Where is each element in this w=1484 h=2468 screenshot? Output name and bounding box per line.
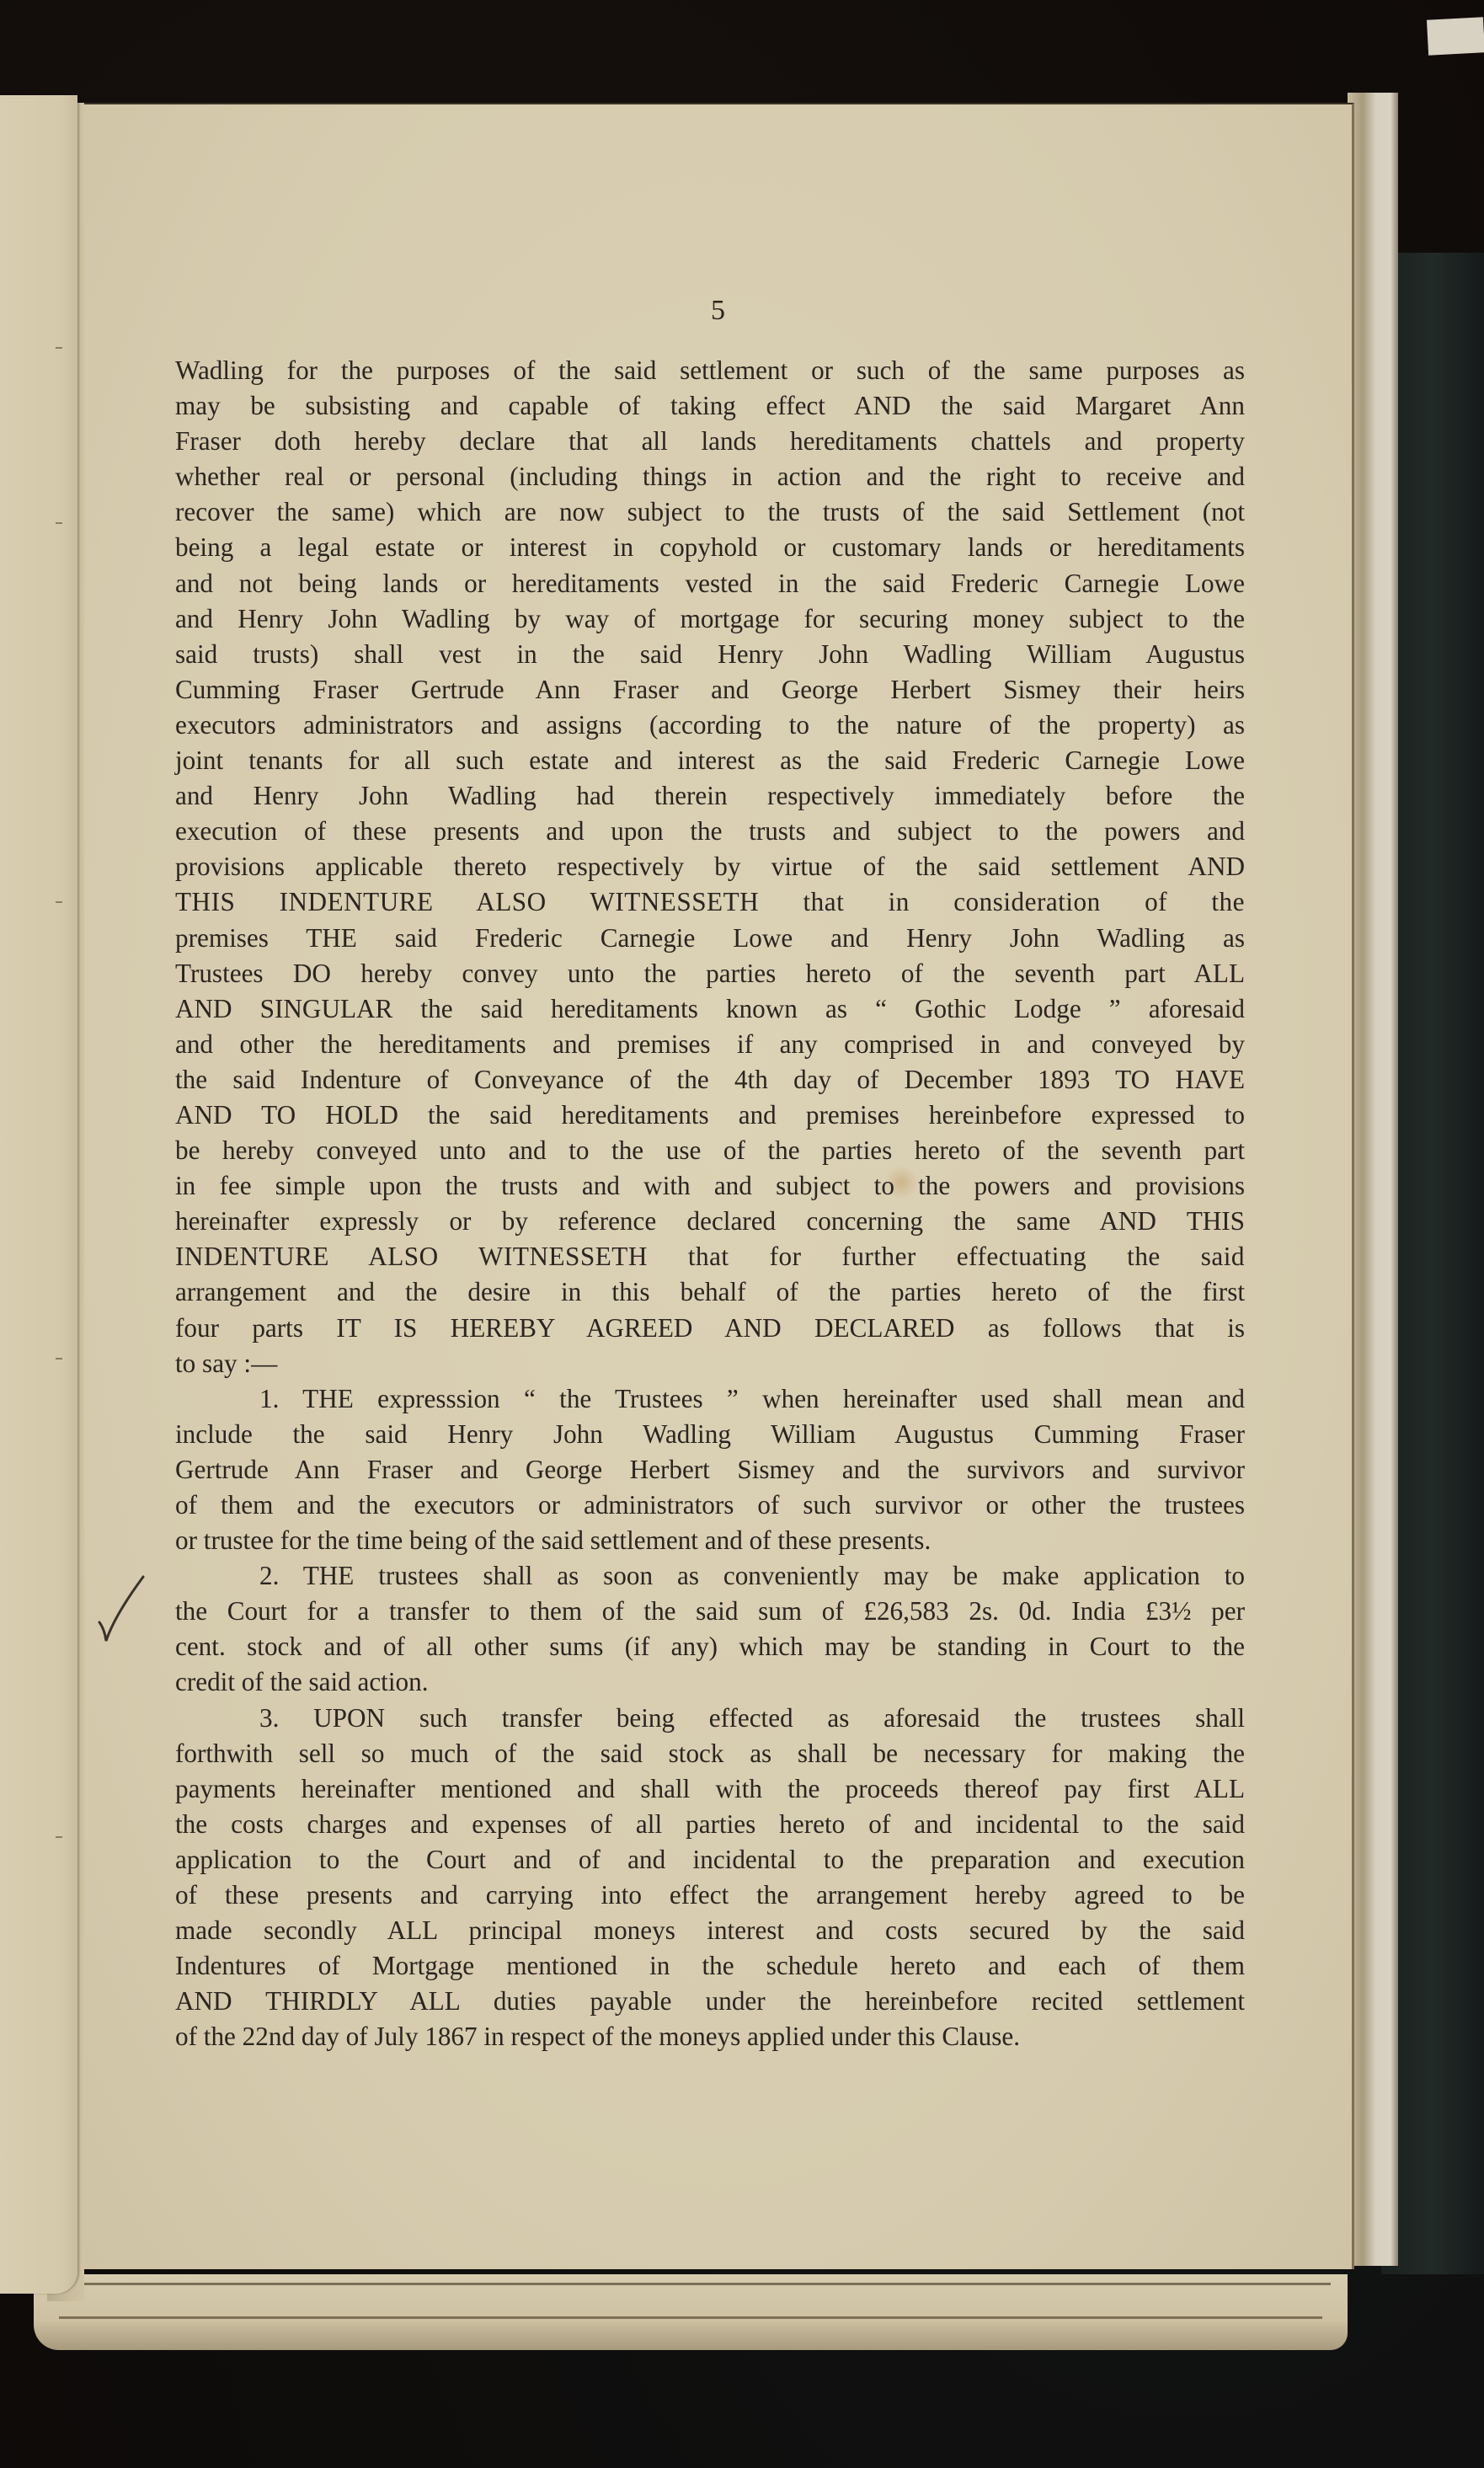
text-line: hereinafter expressly or by reference de… — [175, 1204, 1245, 1239]
text-line: Wadling for the purposes of the said set… — [175, 353, 1245, 388]
clause-line: forthwith sell so much of the said stock… — [175, 1736, 1245, 1771]
clause-line: 1. THE expresssion “ the Trustees ” when… — [175, 1381, 1245, 1417]
clause-line: 2. THE trustees shall as soon as conveni… — [175, 1558, 1245, 1594]
text-line: being a legal estate or interest in copy… — [175, 530, 1245, 565]
text-line: executors administrators and assigns (ac… — [175, 708, 1245, 743]
opening-paragraph: Wadling for the purposes of the said set… — [175, 353, 1245, 1381]
underlying-page-edges — [34, 2274, 1348, 2350]
margin-mark — [56, 347, 62, 349]
text-line: may be subsisting and capable of taking … — [175, 388, 1245, 424]
clause-line: AND THIRDLY ALL duties payable under the… — [175, 1984, 1245, 2019]
text-line: the said Indenture of Conveyance of the … — [175, 1062, 1245, 1098]
clause-3: 3. UPON such transfer being effected as … — [175, 1701, 1245, 2055]
clause-line: application to the Court and of and inci… — [175, 1842, 1245, 1878]
text-line: and Henry John Wadling had therein respe… — [175, 778, 1245, 814]
paper-label-scrap — [1427, 17, 1484, 55]
clause-line: made secondly ALL principal moneys inter… — [175, 1913, 1245, 1948]
facing-page-edge — [0, 95, 77, 2294]
clause-line: of them and the executors or administrat… — [175, 1488, 1245, 1523]
text-line: provisions applicable thereto respective… — [175, 849, 1245, 884]
margin-mark — [56, 1358, 62, 1360]
text-line: AND TO HOLD the said hereditaments and p… — [175, 1098, 1245, 1133]
clause-line: of the 22nd day of July 1867 in respect … — [175, 2019, 1245, 2054]
text-line: premises THE said Frederic Carnegie Lowe… — [175, 921, 1245, 956]
text-line: Trustees DO hereby convey unto the parti… — [175, 956, 1245, 991]
clause-line: payments hereinafter mentioned and shall… — [175, 1771, 1245, 1807]
text-line: and other the hereditaments and premises… — [175, 1027, 1245, 1062]
clause-line: include the said Henry John Wadling Will… — [175, 1417, 1245, 1452]
clause-line: of these presents and carrying into effe… — [175, 1878, 1245, 1913]
text-line: Fraser doth hereby declare that all land… — [175, 424, 1245, 459]
margin-mark — [56, 901, 62, 903]
margin-mark — [56, 522, 62, 524]
clause-line: Gertrude Ann Fraser and George Herbert S… — [175, 1452, 1245, 1488]
text-line: recover the same) which are now subject … — [175, 494, 1245, 530]
clause-line: or trustee for the time being of the sai… — [175, 1523, 1245, 1558]
text-line: arrangement and the desire in this behal… — [175, 1274, 1245, 1310]
text-line: joint tenants for all such estate and in… — [175, 743, 1245, 778]
text-line: four parts IT IS HEREBY AGREED AND DECLA… — [175, 1311, 1245, 1346]
text-line: to say :— — [175, 1346, 1245, 1381]
clause-line: 3. UPON such transfer being effected as … — [175, 1701, 1245, 1736]
text-line: execution of these presents and upon the… — [175, 814, 1245, 849]
clause-line: the costs charges and expenses of all pa… — [175, 1807, 1245, 1842]
text-line: and not being lands or hereditaments ves… — [175, 566, 1245, 601]
clause-line: cent. stock and of all other sums (if an… — [175, 1629, 1245, 1664]
text-line: AND SINGULAR the said hereditaments know… — [175, 991, 1245, 1027]
text-line: in fee simple upon the trusts and with a… — [175, 1168, 1245, 1204]
text-line: and Henry John Wadling by way of mortgag… — [175, 601, 1245, 637]
page-number: 5 — [84, 295, 1352, 327]
document-page: 5 Wadling for the purposes of the said s… — [84, 103, 1354, 2269]
clause-line: Indentures of Mortgage mentioned in the … — [175, 1948, 1245, 1984]
clause-line: the Court for a transfer to them of the … — [175, 1594, 1245, 1629]
clause-1: 1. THE expresssion “ the Trustees ” when… — [175, 1381, 1245, 1558]
text-line: THIS INDENTURE ALSO WITNESSETH that in c… — [175, 884, 1245, 920]
document-body: Wadling for the purposes of the said set… — [175, 353, 1245, 2055]
text-line: INDENTURE ALSO WITNESSETH that for furth… — [175, 1239, 1245, 1274]
margin-mark — [56, 1836, 62, 1838]
right-page-edges — [1348, 93, 1398, 2266]
text-line: be hereby conveyed unto and to the use o… — [175, 1133, 1245, 1168]
checkmark-icon — [96, 1573, 147, 1648]
clause-2: 2. THE trustees shall as soon as conveni… — [175, 1558, 1245, 1700]
text-line: Cumming Fraser Gertrude Ann Fraser and G… — [175, 672, 1245, 708]
text-line: said trusts) shall vest in the said Henr… — [175, 637, 1245, 672]
text-line: whether real or personal (including thin… — [175, 459, 1245, 494]
clause-line: credit of the said action. — [175, 1664, 1245, 1700]
